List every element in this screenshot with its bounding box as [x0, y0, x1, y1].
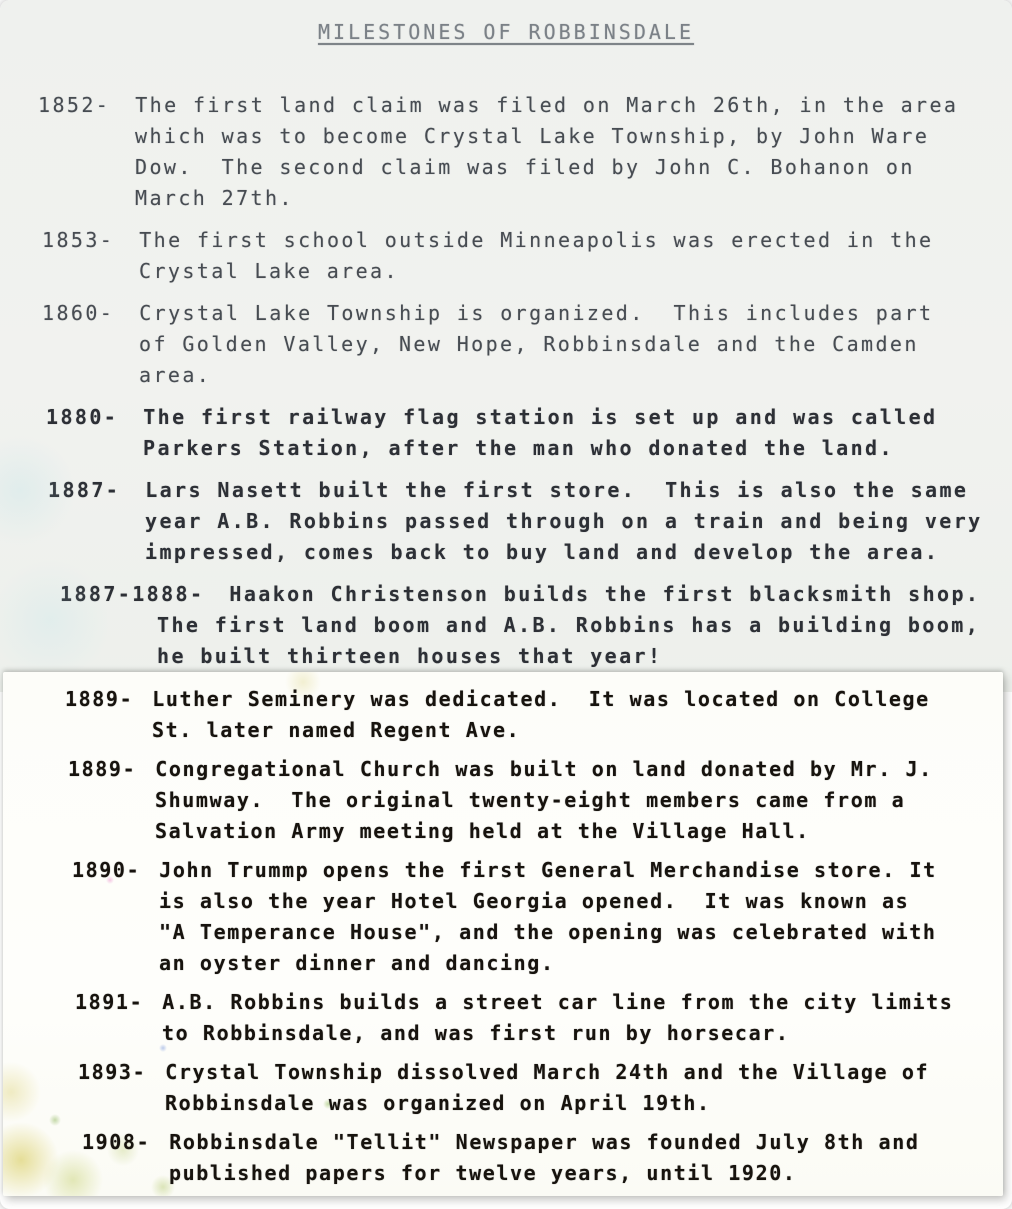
entry-line: he built thirteen houses that year!: [60, 641, 1012, 672]
entry-line: The first school outside Minneapolis was…: [139, 225, 933, 256]
entry-line: A.B. Robbins builds a street car line fr…: [162, 987, 953, 1018]
timeline-entry-1889-seminary: 1889-Luther Seminery was dedicated. It w…: [65, 684, 1003, 746]
entry-line: area.: [42, 360, 1012, 391]
timeline-entry-1890: 1890-John Trummp opens the first General…: [72, 855, 1003, 979]
entry-year: 1880-: [46, 402, 118, 433]
timeline-entry-1852: 1852-The first land claim was filed on M…: [38, 90, 1012, 214]
entry-line: Luther Seminery was dedicated. It was lo…: [152, 684, 930, 715]
entry-line: March 27th.: [38, 183, 1012, 214]
entry-line: Congregational Church was built on land …: [155, 754, 933, 785]
entry-line: Crystal Lake area.: [42, 256, 1012, 287]
entry-first-line: 1887-1888-Haakon Christenson builds the …: [60, 579, 1012, 610]
entry-line: Robbinsdale was organized on April 19th.: [78, 1088, 1003, 1119]
entry-year: 1889-: [65, 684, 133, 715]
timeline-entry-1887: 1887-Lars Nasett built the first store. …: [48, 475, 1012, 568]
entry-line: to Robbinsdale, and was first run by hor…: [75, 1018, 1003, 1049]
entry-first-line: 1887-Lars Nasett built the first store. …: [48, 475, 1012, 506]
entry-first-line: 1880-The first railway flag station is s…: [46, 402, 1012, 433]
entry-year: 1889-: [68, 754, 136, 785]
timeline-bottom: 1889-Luther Seminery was dedicated. It w…: [3, 672, 1003, 1189]
entry-line: Parkers Station, after the man who donat…: [46, 433, 1012, 464]
entry-line: Robbinsdale "Tellit" Newspaper was found…: [169, 1127, 919, 1158]
entry-line: The first railway flag station is set up…: [143, 402, 937, 433]
timeline-entry-1893: 1893-Crystal Township dissolved March 24…: [78, 1057, 1003, 1119]
entry-line: impressed, comes back to buy land and de…: [48, 537, 1012, 568]
entry-year: 1893-: [78, 1057, 146, 1088]
entry-line: The first land boom and A.B. Robbins has…: [60, 610, 1012, 641]
entry-first-line: 1852-The first land claim was filed on M…: [38, 90, 1012, 121]
entry-year: 1852-: [38, 90, 110, 121]
entry-line: Lars Nasett built the first store. This …: [145, 475, 968, 506]
entry-line: of Golden Valley, New Hope, Robbinsdale …: [42, 329, 1012, 360]
scanned-document: MILESTONES OF ROBBINSDALE 1852-The first…: [0, 0, 1012, 1209]
timeline-entry-1908: 1908-Robbinsdale "Tellit" Newspaper was …: [82, 1127, 1003, 1189]
timeline-entry-1860: 1860-Crystal Lake Township is organized.…: [42, 298, 1012, 391]
timeline-entry-1887-1888: 1887-1888-Haakon Christenson builds the …: [60, 579, 1012, 672]
entry-first-line: 1891-A.B. Robbins builds a street car li…: [75, 987, 1003, 1018]
timeline-entry-1889-church: 1889-Congregational Church was built on …: [68, 754, 1003, 847]
timeline-entry-1853: 1853-The first school outside Minneapoli…: [42, 225, 1012, 287]
entry-first-line: 1890-John Trummp opens the first General…: [72, 855, 1003, 886]
entry-line: Haakon Christenson builds the first blac…: [229, 579, 980, 610]
entry-line: St. later named Regent Ave.: [65, 715, 1003, 746]
scan-frame: MILESTONES OF ROBBINSDALE 1852-The first…: [0, 0, 1012, 1209]
entry-line: is also the year Hotel Georgia opened. I…: [72, 886, 1003, 917]
entry-line: Crystal Township dissolved March 24th an…: [165, 1057, 929, 1088]
entry-year: 1908-: [82, 1127, 150, 1158]
entry-line: published papers for twelve years, until…: [82, 1158, 1003, 1189]
bottom-scan-sheet: 1889-Luther Seminery was dedicated. It w…: [3, 672, 1003, 1196]
entry-first-line: 1908-Robbinsdale "Tellit" Newspaper was …: [82, 1127, 1003, 1158]
entry-line: which was to become Crystal Lake Townshi…: [38, 121, 1012, 152]
entry-line: Dow. The second claim was filed by John …: [38, 152, 1012, 183]
timeline-entry-1880: 1880-The first railway flag station is s…: [46, 402, 1012, 464]
entry-first-line: 1889-Congregational Church was built on …: [68, 754, 1003, 785]
entry-line: John Trummp opens the first General Merc…: [159, 855, 937, 886]
entry-year: 1860-: [42, 298, 114, 329]
entry-line: Crystal Lake Township is organized. This…: [139, 298, 933, 329]
entry-line: Salvation Army meeting held at the Villa…: [68, 816, 1003, 847]
timeline-top: 1852-The first land claim was filed on M…: [0, 90, 1012, 672]
entry-first-line: 1893-Crystal Township dissolved March 24…: [78, 1057, 1003, 1088]
entry-year: 1853-: [42, 225, 114, 256]
entry-year: 1891-: [75, 987, 143, 1018]
entry-year: 1890-: [72, 855, 140, 886]
entry-first-line: 1853-The first school outside Minneapoli…: [42, 225, 1012, 256]
entry-year: 1887-1888-: [60, 579, 204, 610]
entry-first-line: 1889-Luther Seminery was dedicated. It w…: [65, 684, 1003, 715]
entry-line: "A Temperance House", and the opening wa…: [72, 917, 1003, 948]
top-scan-sheet: MILESTONES OF ROBBINSDALE 1852-The first…: [0, 0, 1012, 692]
entry-line: Shumway. The original twenty-eight membe…: [68, 785, 1003, 816]
entry-first-line: 1860-Crystal Lake Township is organized.…: [42, 298, 1012, 329]
entry-line: year A.B. Robbins passed through on a tr…: [48, 506, 1012, 537]
timeline-entry-1891: 1891-A.B. Robbins builds a street car li…: [75, 987, 1003, 1049]
entry-line: The first land claim was filed on March …: [135, 90, 958, 121]
entry-line: an oyster dinner and dancing.: [72, 948, 1003, 979]
document-title: MILESTONES OF ROBBINSDALE: [0, 18, 1012, 46]
entry-year: 1887-: [48, 475, 120, 506]
